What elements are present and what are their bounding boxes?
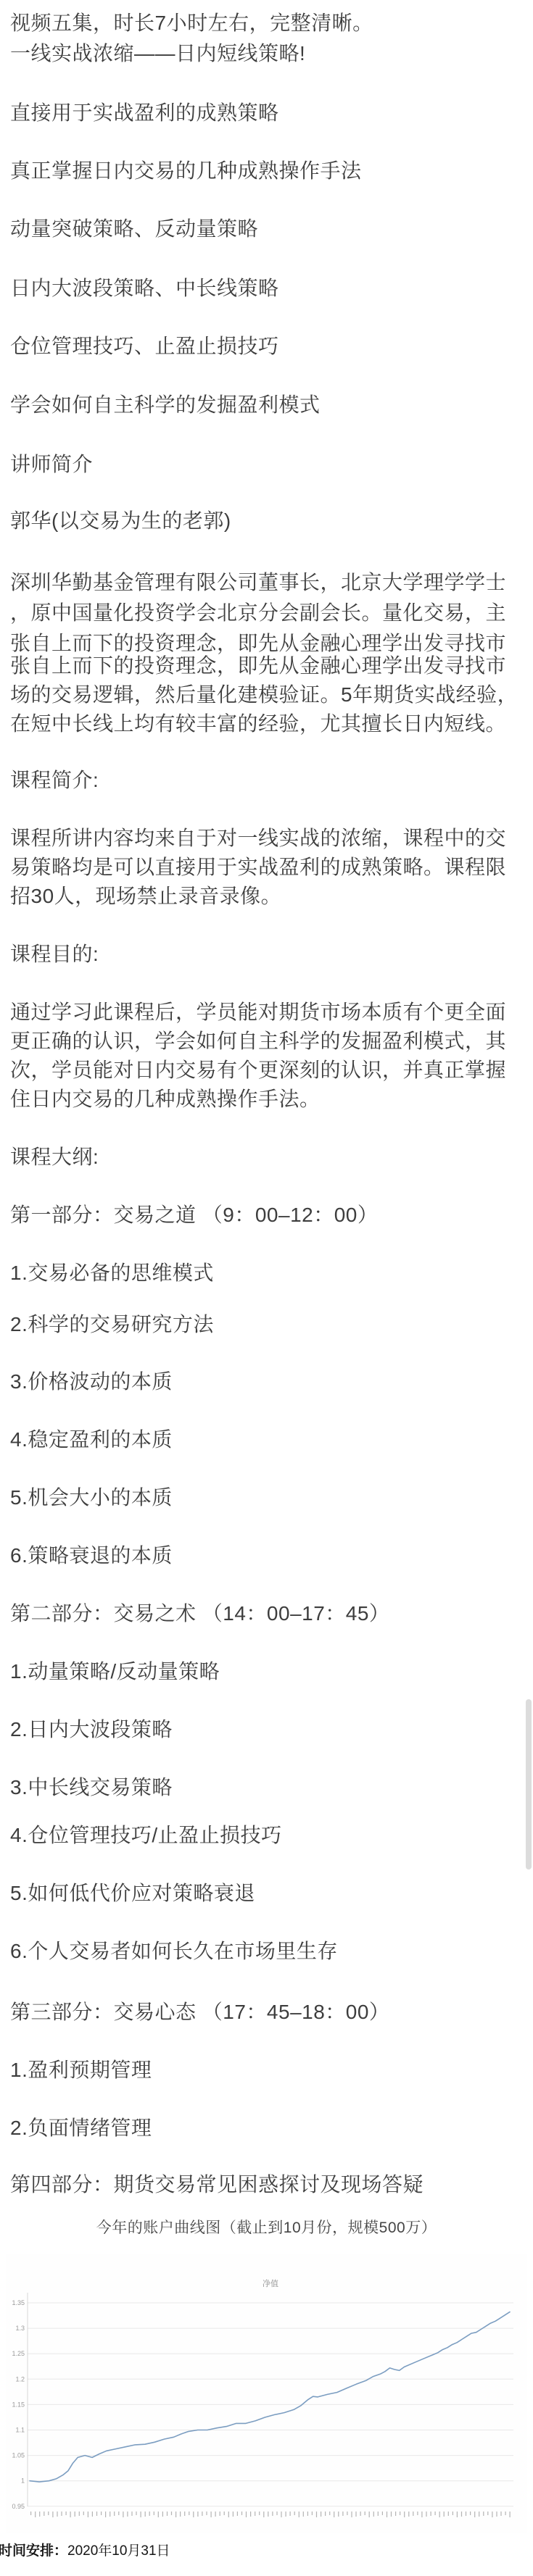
outline-part2-title: 第二部分：交易之术 （14：00–17：45）: [10, 1602, 389, 1625]
x-tick-label-mark: [30, 2512, 31, 2515]
outline-part1-item-4: 4.稳定盈利的本质: [10, 1428, 173, 1451]
x-tick-label-mark: [250, 2512, 251, 2517]
x-tick-label-mark: [184, 2512, 185, 2516]
x-tick-label-mark: [110, 2512, 110, 2517]
x-tick-label-mark: [57, 2512, 57, 2517]
x-tick-label-mark: [167, 2512, 168, 2516]
x-tick-label-mark: [321, 2512, 321, 2517]
y-tick-label: 1.3: [15, 2325, 25, 2332]
x-tick-label-mark: [307, 2512, 308, 2516]
highlight-4: 日内大波段策略、中长线策略: [10, 277, 279, 300]
x-tick-label-mark: [492, 2512, 492, 2517]
lecturer-bio-line-4: 张自上而下的投资理念，即先从金融心理学出发寻找市: [10, 654, 506, 678]
x-tick-label-mark: [215, 2512, 216, 2517]
x-tick-label-mark: [263, 2512, 264, 2517]
course-article: 视频五集，时长7小时左右，完整清晰。 一线实战浓缩——日内短线策略! 直接用于实…: [0, 0, 533, 2576]
y-tick-label: 1.1: [15, 2427, 25, 2434]
outline-part1-item-2: 2.科学的交易研究方法: [10, 1313, 214, 1336]
x-tick-label-mark: [325, 2512, 326, 2516]
x-tick-label-mark: [496, 2512, 497, 2517]
x-tick-label-mark: [435, 2512, 436, 2515]
x-tick-label-mark: [448, 2512, 449, 2516]
x-tick-label-mark: [158, 2512, 159, 2517]
x-tick-label-mark: [329, 2512, 330, 2515]
x-tick-label-mark: [290, 2512, 291, 2516]
x-tick-label-mark: [171, 2512, 172, 2515]
x-tick-label-mark: [294, 2512, 295, 2515]
x-tick-label-mark: [255, 2512, 255, 2516]
chart-caption: 今年的账户曲线图（截止到10月份，规模500万）: [0, 2216, 533, 2238]
lecturer-name: 郭华(以交易为生的老郭): [10, 509, 231, 533]
x-tick-label-mark: [373, 2512, 374, 2517]
x-tick-label-mark: [202, 2512, 202, 2516]
course-goal-heading: 课程目的:: [10, 943, 99, 966]
account-curve-chart: 净值1.351.31.251.21.151.11.0510.95: [6, 2254, 527, 2533]
x-tick-label-mark: [382, 2512, 383, 2515]
highlight-2: 真正掌握日内交易的几种成熟操作手法: [10, 159, 362, 183]
x-tick-label-mark: [286, 2512, 286, 2517]
x-tick-label-mark: [141, 2512, 141, 2517]
x-tick-label-mark: [246, 2512, 247, 2517]
highlight-3: 动量突破策略、反动量策略: [10, 217, 258, 241]
x-tick-label-mark: [154, 2512, 154, 2515]
x-tick-label-mark: [228, 2512, 229, 2517]
x-tick-label-mark: [500, 2512, 501, 2516]
x-tick-label-mark: [136, 2512, 136, 2515]
x-tick-label-mark: [114, 2512, 115, 2516]
outline-part1-item-1: 1.交易必备的思维模式: [10, 1262, 214, 1285]
x-tick-label-mark: [101, 2512, 102, 2515]
lecturer-bio-line-3: 张自上而下的投资理念，即先从金融心理学出发寻找市: [10, 632, 506, 655]
y-tick-label: 1.2: [15, 2375, 25, 2383]
x-tick-label-mark: [426, 2512, 426, 2517]
x-tick-label-mark: [145, 2512, 146, 2517]
x-tick-label-mark: [272, 2512, 273, 2516]
outline-part2-item-3: 3.中长线交易策略: [10, 1776, 173, 1799]
x-tick-label-mark: [206, 2512, 207, 2515]
course-intro-heading: 课程简介:: [10, 769, 99, 792]
outline-part1-title: 第一部分：交易之道 （9：00–12：00）: [10, 1204, 378, 1227]
y-tick-label: 0.95: [12, 2503, 25, 2510]
x-tick-label-mark: [483, 2512, 484, 2516]
x-tick-label-mark: [175, 2512, 176, 2517]
schedule-date: 2020年10月31日: [67, 2543, 170, 2559]
x-tick-label-mark: [369, 2512, 370, 2517]
x-tick-label-mark: [461, 2512, 462, 2517]
outline-part2-item-1: 1.动量策略/反动量策略: [10, 1660, 220, 1683]
x-tick-label-mark: [79, 2512, 80, 2516]
x-tick-label-mark: [457, 2512, 458, 2517]
course-goal-line-4: 住日内交易的几种成熟操作手法。: [10, 1088, 321, 1111]
y-tick-label: 1.15: [12, 2401, 25, 2408]
x-tick-label-mark: [355, 2512, 356, 2517]
x-tick-label-mark: [404, 2512, 405, 2517]
outline-part2-item-4: 4.仓位管理技巧/止盈止损技巧: [10, 1824, 282, 1847]
x-tick-label-mark: [259, 2512, 260, 2515]
x-tick-label-mark: [342, 2512, 343, 2516]
x-tick-label-mark: [48, 2512, 49, 2515]
x-tick-label-mark: [224, 2512, 225, 2515]
x-tick-label-mark: [118, 2512, 119, 2515]
x-tick-label-mark: [391, 2512, 392, 2517]
x-tick-label-mark: [66, 2512, 67, 2515]
x-tick-label-mark: [241, 2512, 242, 2515]
outline-part2-item-6: 6.个人交易者如何长久在市场里生存: [10, 1940, 338, 1963]
highlight-5: 仓位管理技巧、止盈止损技巧: [10, 335, 279, 358]
outline-part2-item-2: 2.日内大波段策略: [10, 1718, 173, 1741]
x-tick-label-mark: [303, 2512, 304, 2517]
x-tick-label-mark: [92, 2512, 93, 2517]
x-tick-label-mark: [439, 2512, 440, 2517]
outline-part1-item-6: 6.策略衰退的本质: [10, 1544, 173, 1567]
intro-line-1: 视频五集，时长7小时左右，完整清晰。: [10, 12, 373, 35]
x-tick-label-mark: [421, 2512, 422, 2517]
x-tick-label-mark: [276, 2512, 277, 2515]
x-tick-label-mark: [408, 2512, 409, 2517]
x-tick-label-mark: [189, 2512, 189, 2515]
y-tick-label: 1.35: [12, 2299, 25, 2306]
x-tick-label-mark: [510, 2512, 511, 2517]
x-tick-label-mark: [149, 2512, 150, 2516]
x-tick-label-mark: [487, 2512, 488, 2515]
highlight-6: 学会如何自主科学的发掘盈利模式: [10, 393, 321, 417]
x-tick-label-mark: [378, 2512, 379, 2516]
x-tick-label-mark: [351, 2512, 352, 2517]
netvalue-line: [30, 2312, 510, 2483]
x-tick-label-mark: [105, 2512, 106, 2517]
x-tick-label-mark: [123, 2512, 123, 2517]
course-goal-line-1: 通过学习此课程后，学员能对期货市场本质有个更全面: [10, 1001, 506, 1024]
x-tick-label-mark: [44, 2512, 44, 2516]
y-tick-label: 1: [21, 2477, 25, 2485]
intro-line-2: 一线实战浓缩——日内短线策略!: [10, 42, 305, 65]
x-tick-label-mark: [453, 2512, 453, 2515]
x-tick-label-mark: [299, 2512, 299, 2517]
x-tick-label-mark: [387, 2512, 387, 2517]
lecturer-bio-line-5: 场的交易逻辑，然后量化建模验证。5年期货实战经验，: [10, 683, 518, 706]
netvalue-chart-svg: 净值1.351.31.251.21.151.11.0510.95: [6, 2254, 527, 2533]
x-tick-label-mark: [474, 2512, 475, 2517]
x-tick-label-mark: [88, 2512, 88, 2517]
x-tick-label-mark: [316, 2512, 317, 2517]
x-tick-label-mark: [193, 2512, 194, 2517]
lecturer-bio-line-2: ，原中国量化投资学会北京分会副会长。量化交易，主: [10, 601, 506, 625]
x-tick-label-mark: [417, 2512, 418, 2515]
x-tick-label-mark: [312, 2512, 313, 2515]
x-tick-label-mark: [70, 2512, 71, 2517]
x-tick-label-mark: [444, 2512, 445, 2517]
x-tick-label-mark: [338, 2512, 339, 2517]
x-tick-label-mark: [52, 2512, 53, 2517]
x-tick-label-mark: [360, 2512, 361, 2516]
x-tick-label-mark: [35, 2512, 36, 2517]
x-tick-label-mark: [400, 2512, 400, 2515]
x-tick-label-mark: [431, 2512, 431, 2516]
x-tick-label-mark: [334, 2512, 334, 2517]
x-tick-label-mark: [470, 2512, 471, 2515]
x-tick-label-mark: [237, 2512, 238, 2516]
x-tick-label-mark: [75, 2512, 75, 2517]
x-tick-label-mark: [83, 2512, 84, 2515]
lecturer-heading: 讲师简介: [10, 453, 93, 476]
x-tick-label-mark: [347, 2512, 347, 2515]
x-tick-label-mark: [197, 2512, 198, 2517]
outline-part3-item-1: 1.盈利预期管理: [10, 2059, 152, 2082]
x-tick-label-mark: [220, 2512, 220, 2516]
x-tick-label-mark: [365, 2512, 365, 2515]
x-tick-label-mark: [131, 2512, 132, 2516]
highlight-1: 直接用于实战盈利的成熟策略: [10, 101, 279, 125]
x-tick-label-mark: [233, 2512, 234, 2517]
x-tick-label-mark: [127, 2512, 128, 2517]
x-tick-label-mark: [505, 2512, 506, 2515]
x-tick-label-mark: [281, 2512, 281, 2517]
course-goal-line-2: 更正确的认识，学会如何自主科学的发掘盈利模式，其: [10, 1030, 506, 1053]
outline-part4-title: 第四部分：期货交易常见困惑探讨及现场答疑: [10, 2173, 423, 2196]
x-tick-label-mark: [96, 2512, 97, 2516]
x-tick-label-mark: [39, 2512, 40, 2517]
x-tick-label-mark: [268, 2512, 268, 2517]
outline-part2-item-5: 5.如何低代价应对策略衰退: [10, 1882, 255, 1905]
x-tick-label-mark: [61, 2512, 62, 2516]
outline-part1-item-5: 5.机会大小的本质: [10, 1486, 173, 1509]
y-tick-label: 1.05: [12, 2452, 25, 2459]
schedule-footer: 时间安排：2020年10月31日: [0, 2540, 170, 2559]
x-tick-label-mark: [180, 2512, 181, 2517]
lecturer-bio-line-6: 在短中长线上均有较丰富的经验，尤其擅长日内短线。: [10, 712, 506, 735]
outline-part3-item-2: 2.负面情绪管理: [10, 2117, 152, 2140]
outline-part3-title: 第三部分：交易心态 （17：45–18：00）: [10, 2001, 389, 2024]
x-tick-label-mark: [395, 2512, 396, 2516]
outline-heading: 课程大纲:: [10, 1146, 99, 1169]
y-tick-label: 1.25: [12, 2350, 25, 2357]
x-tick-label-mark: [479, 2512, 479, 2517]
chart-title: 净值: [263, 2278, 278, 2288]
x-tick-label-mark: [466, 2512, 466, 2516]
outline-part1-item-3: 3.价格波动的本质: [10, 1370, 173, 1393]
course-intro-line-1: 课程所讲内容均来自于对一线实战的浓缩，课程中的交: [10, 827, 506, 850]
course-intro-line-2: 易策略均是可以直接用于实战盈利的成熟策略。课程限: [10, 856, 506, 879]
course-goal-line-3: 次，学员能对日内交易有个更深刻的认识，并真正掌握: [10, 1059, 506, 1082]
scrollbar-thumb[interactable]: [526, 1699, 532, 1870]
x-tick-label-mark: [413, 2512, 413, 2516]
x-tick-label-mark: [211, 2512, 212, 2517]
x-tick-label-mark: [162, 2512, 163, 2517]
schedule-label: 时间安排：: [0, 2543, 67, 2559]
course-intro-line-3: 招30人，现场禁止录音录像。: [10, 885, 281, 908]
lecturer-bio-line-1: 深圳华勤基金管理有限公司董事长，北京大学理学学士: [10, 571, 506, 594]
